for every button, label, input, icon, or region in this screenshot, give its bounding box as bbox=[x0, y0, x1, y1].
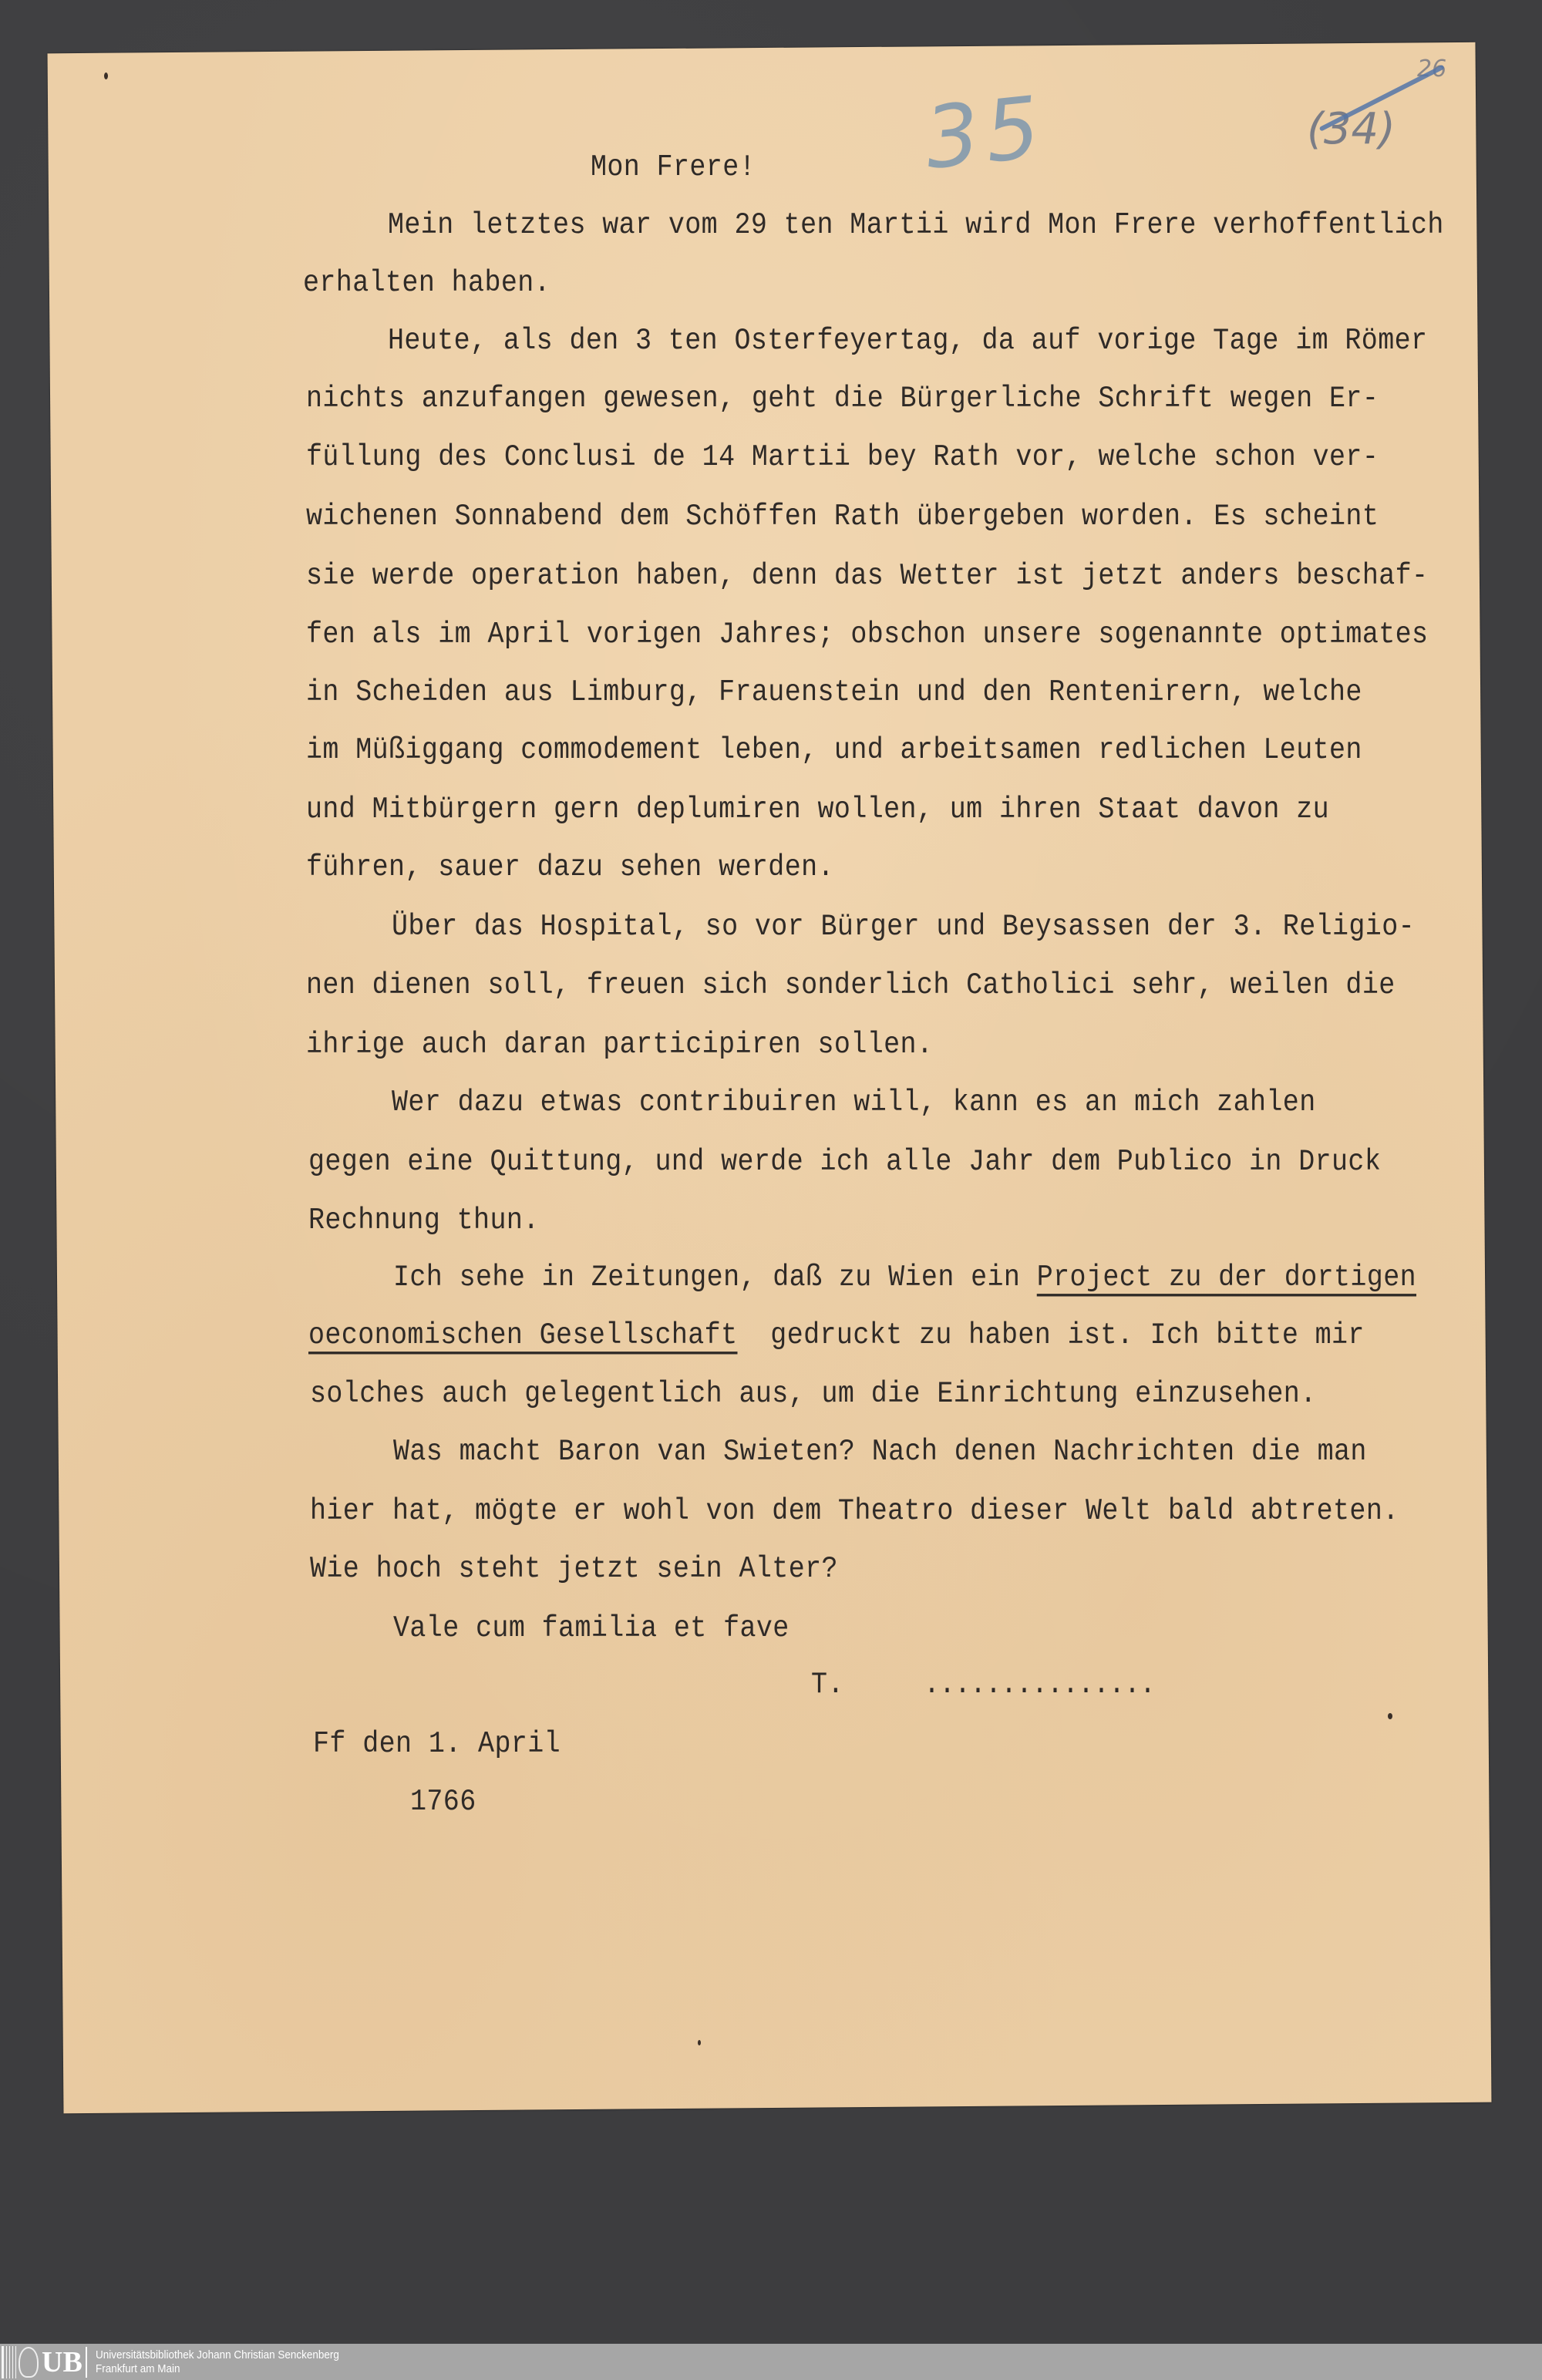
letter-line: füllung des Conclusi de 14 Martii bey Ra… bbox=[306, 443, 1379, 473]
letter-line: Über das Hospital, so vor Bürger und Bey… bbox=[392, 912, 1415, 942]
letter-line: sie werde operation haben, denn das Wett… bbox=[306, 561, 1428, 591]
folio-number-blue: 35 bbox=[921, 77, 1051, 188]
letter-line: nen dienen soll, freuen sich sonderlich … bbox=[306, 971, 1396, 1001]
institution-info: Universitätsbibliothek Johann Christian … bbox=[96, 2348, 339, 2376]
letter-line: fen als im April vorigen Jahres; obschon… bbox=[306, 620, 1428, 650]
paper-speck bbox=[104, 72, 108, 79]
letter-line: Vale cum familia et fave bbox=[393, 1614, 790, 1644]
place-date: Ff den 1. April bbox=[313, 1729, 561, 1759]
letter-line: im Müßiggang commodement leben, und arbe… bbox=[306, 736, 1362, 766]
letter-line: in Scheiden aus Limburg, Frauenstein und… bbox=[306, 678, 1362, 708]
letter-line: oeconomischen Gesellschaft gedruckt zu h… bbox=[308, 1321, 1365, 1351]
signature-dots: ............... bbox=[924, 1670, 1155, 1700]
letter-line: gegen eine Quittung, und werde ich alle … bbox=[308, 1147, 1381, 1177]
library-footer: UB Universitätsbibliothek Johann Christi… bbox=[0, 2344, 1542, 2380]
letter-line: führen, sauer dazu sehen werden. bbox=[306, 853, 834, 883]
letter-line: nichts anzufangen gewesen, geht die Bürg… bbox=[306, 384, 1379, 414]
paper-speck bbox=[698, 2040, 701, 2045]
logo-divider bbox=[86, 2347, 87, 2378]
letter-line: Heute, als den 3 ten Osterfeyertag, da a… bbox=[388, 326, 1427, 356]
letter-line: Rechnung thun. bbox=[308, 1206, 540, 1236]
logo-text: UB bbox=[42, 2348, 82, 2377]
institution-name: Universitätsbibliothek Johann Christian … bbox=[96, 2348, 339, 2362]
letter-line: Mein letztes war vom 29 ten Martii wird … bbox=[388, 210, 1444, 241]
logo-columns-icon bbox=[2, 2346, 17, 2378]
letter-line: hier hat, mögte er wohl von dem Theatro … bbox=[310, 1496, 1399, 1527]
salutation: Mon Frere! bbox=[591, 153, 756, 183]
ub-logo: UB bbox=[2, 2345, 88, 2379]
line-text: Ich sehe in Zeitungen, daß zu Wien ein bbox=[393, 1260, 1037, 1294]
letter-line: Wer dazu etwas contribuiren will, kann e… bbox=[392, 1088, 1316, 1118]
letter-line: ihrige auch daran participiren sollen. bbox=[306, 1030, 933, 1060]
year: 1766 bbox=[410, 1787, 476, 1817]
letter-line: erhalten haben. bbox=[303, 268, 550, 298]
letter-line: wichenen Sonnabend dem Schöffen Rath übe… bbox=[306, 502, 1379, 532]
underlined-title: Project zu der dortigen bbox=[1037, 1260, 1416, 1294]
letter-line: Ich sehe in Zeitungen, daß zu Wien ein P… bbox=[393, 1263, 1416, 1293]
underlined-title: oeconomischen Gesellschaft bbox=[308, 1318, 738, 1352]
letter-line: Wie hoch steht jetzt sein Alter? bbox=[310, 1554, 838, 1584]
institution-city: Frankfurt am Main bbox=[96, 2362, 339, 2376]
letter-line: solches auch gelegentlich aus, um die Ei… bbox=[310, 1379, 1317, 1409]
letter-line: Was macht Baron van Swieten? Nach denen … bbox=[393, 1437, 1367, 1467]
paper-speck bbox=[1388, 1713, 1392, 1719]
letter-line: und Mitbürgern gern deplumiren wollen, u… bbox=[306, 795, 1329, 825]
logo-portrait-icon bbox=[19, 2347, 39, 2378]
signature-initial: T. bbox=[811, 1670, 844, 1700]
line-text: gedruckt zu haben ist. Ich bitte mir bbox=[738, 1318, 1365, 1352]
